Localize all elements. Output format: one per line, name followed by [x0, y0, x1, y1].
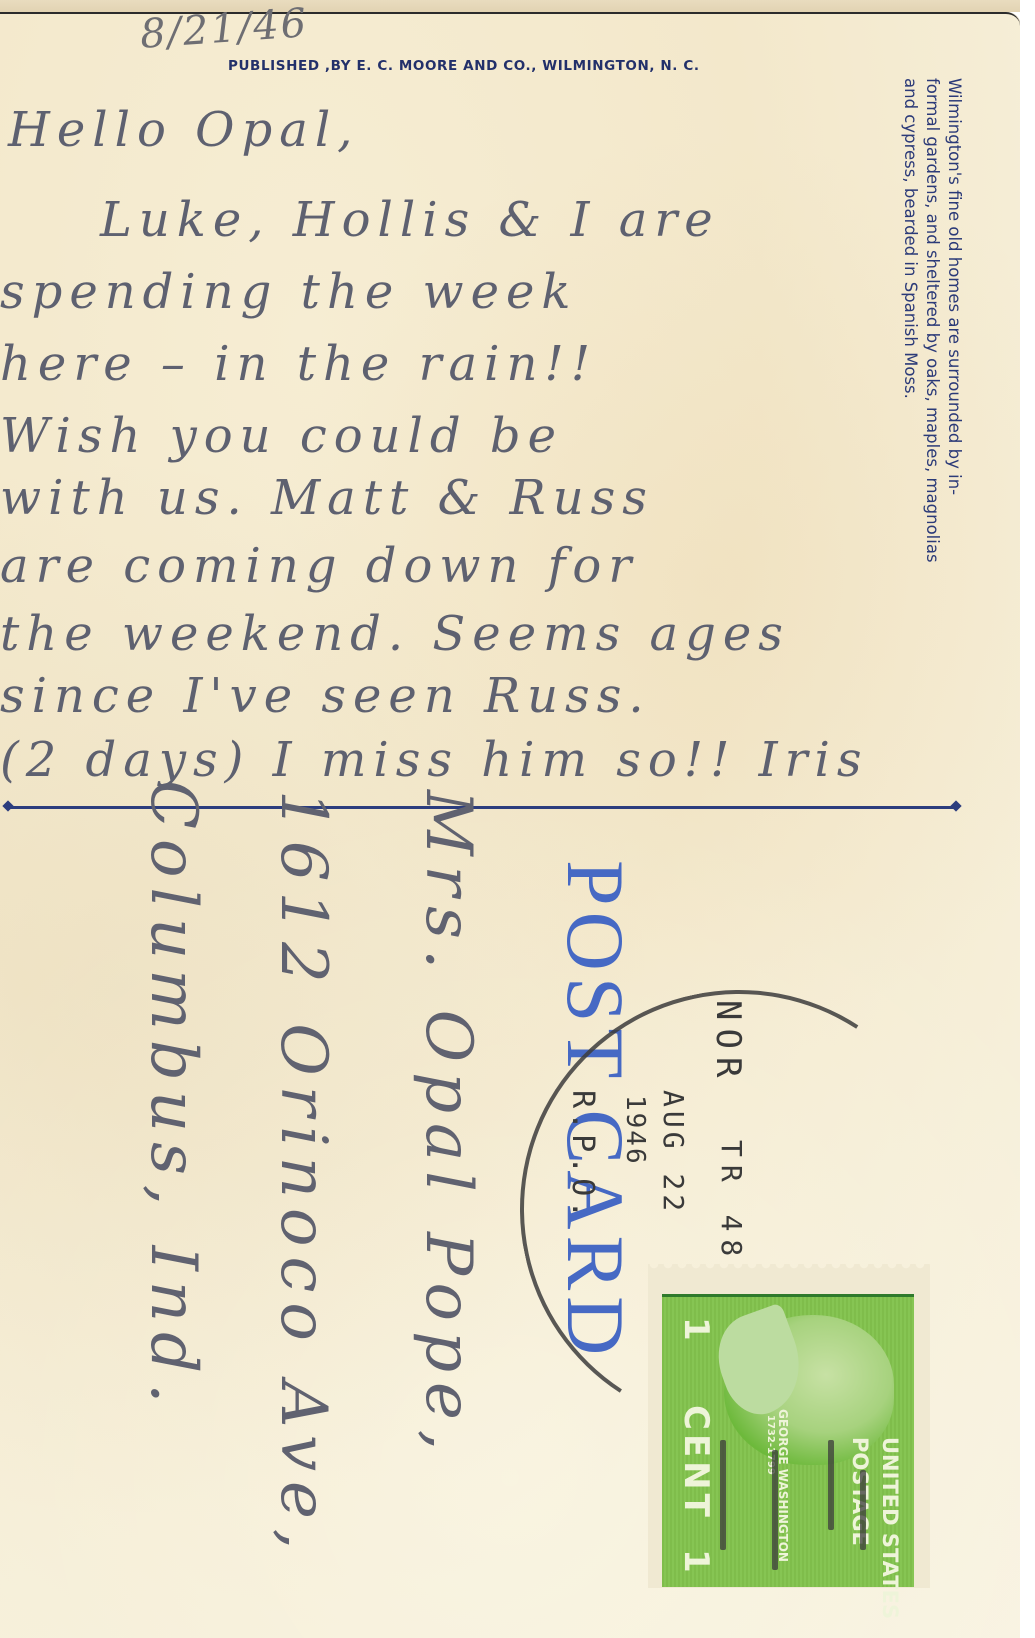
message-line: the weekend. Seems ages	[0, 606, 790, 662]
message-line: Hello Opal,	[8, 102, 359, 158]
printed-caption: Wilmington's fine old homes are surround…	[899, 78, 965, 798]
message-line: Wish you could be	[0, 408, 563, 464]
postmark-date: AUG 22	[657, 1090, 690, 1215]
stamp-denomination-top: 1	[676, 1317, 716, 1341]
address-line: 1612 Orinoco Ave,	[266, 790, 340, 1559]
address-line: Columbus, Ind.	[136, 780, 210, 1413]
caption-line: Wilmington's fine old homes are surround…	[943, 78, 965, 798]
message-line: are coming down for	[0, 538, 638, 594]
postmark-train: TR 48	[715, 1140, 748, 1264]
message-line: here – in the rain!!	[0, 336, 597, 392]
caption-line: and cypress, bearded in Spanish Moss.	[899, 78, 921, 798]
postmark-service: R.P.O.	[565, 1090, 600, 1222]
cancellation-bars	[710, 1440, 890, 1580]
message-line: Luke, Hollis & I are	[100, 192, 720, 248]
publisher-line: PUBLISHED ,BY E. C. MOORE AND CO., WILMI…	[228, 58, 700, 74]
message-line: spending the week	[0, 264, 578, 320]
scan-margin	[1020, 0, 1035, 1638]
postmark-year: 1946	[620, 1095, 650, 1166]
postmark-city: NOR	[708, 1000, 748, 1085]
message-line: with us. Matt & Russ	[0, 470, 654, 526]
caption-line: formal gardens, and sheltered by oaks, m…	[921, 78, 943, 798]
message-line: since I've seen Russ.	[0, 668, 651, 724]
message-line: (2 days) I miss him so!! Iris	[0, 732, 869, 788]
address-line: Mrs. Opal Pope,	[411, 790, 485, 1460]
